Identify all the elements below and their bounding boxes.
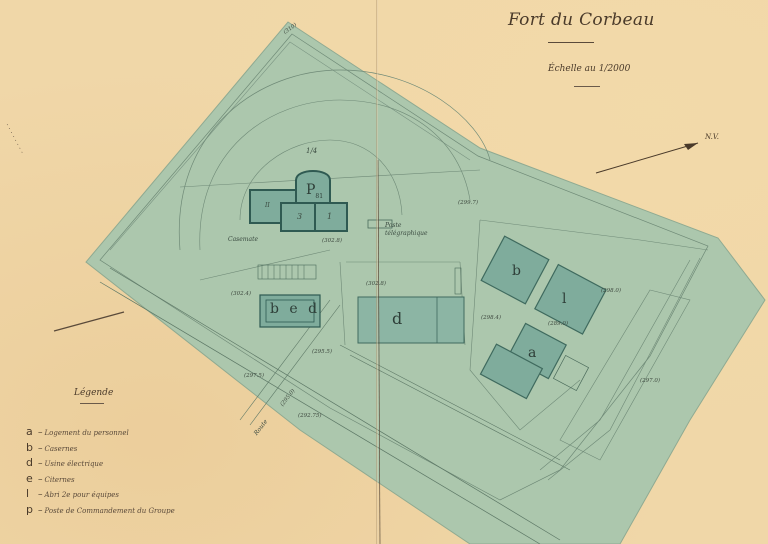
elevation-label: (302.8) <box>366 281 386 287</box>
title-underline <box>548 42 594 43</box>
room-1-label: 1 <box>327 212 332 221</box>
legend-item: l– Abri 2e pour équipes <box>26 487 175 503</box>
site-area <box>86 22 765 544</box>
legend-item: a– Logement du personnel <box>26 425 175 441</box>
north-label: N.V. <box>705 133 719 141</box>
legend-item: d– Usine électrique <box>26 456 175 472</box>
legend-item: b– Casernes <box>26 441 175 457</box>
legend-item: p– Poste de Commandement du Groupe <box>26 503 175 519</box>
building-d-label: d <box>392 309 402 328</box>
elevation-label: (298.0) <box>601 288 621 294</box>
map-scale: Échelle au 1/2000 <box>548 64 630 74</box>
poste-telegraphique-label: Poste télégraphique <box>385 222 425 238</box>
legend-underline <box>80 403 104 404</box>
elevation-label: (289.0) <box>548 321 568 327</box>
building-b-label: b <box>512 263 521 279</box>
paper-fold <box>376 0 378 544</box>
elevation-label: (302.4) <box>231 291 251 297</box>
legend: a– Logement du personnel b– Casernes d– … <box>26 425 175 518</box>
building-l-label: l <box>562 291 566 307</box>
legend-title: Légende <box>74 388 113 398</box>
building-d <box>358 297 464 343</box>
elevation-label: (302.8) <box>322 238 342 244</box>
elevation-label: (299.7) <box>458 200 478 206</box>
map-title: Fort du Corbeau <box>508 10 655 30</box>
elevation-label: (298.4) <box>481 315 501 321</box>
elevation-label: (297.0) <box>640 378 660 384</box>
building-a-label: a <box>528 345 536 361</box>
room-3-label: 3 <box>297 212 302 221</box>
building-bed-label: b e d <box>270 301 320 317</box>
legend-item: e– Citernes <box>26 472 175 488</box>
elevation-label: (292.75) <box>298 413 322 419</box>
elevation-label: (295.5) <box>312 349 332 355</box>
scale-underline <box>574 86 600 87</box>
elevation-label: (297.5) <box>244 373 264 379</box>
building-p-label: P81 <box>306 182 323 200</box>
north-arrow-icon <box>596 143 698 173</box>
casemate-label: Casemate <box>228 236 258 243</box>
fraction-label: 1/4 <box>306 147 317 155</box>
room-ii-label: II <box>265 202 270 209</box>
